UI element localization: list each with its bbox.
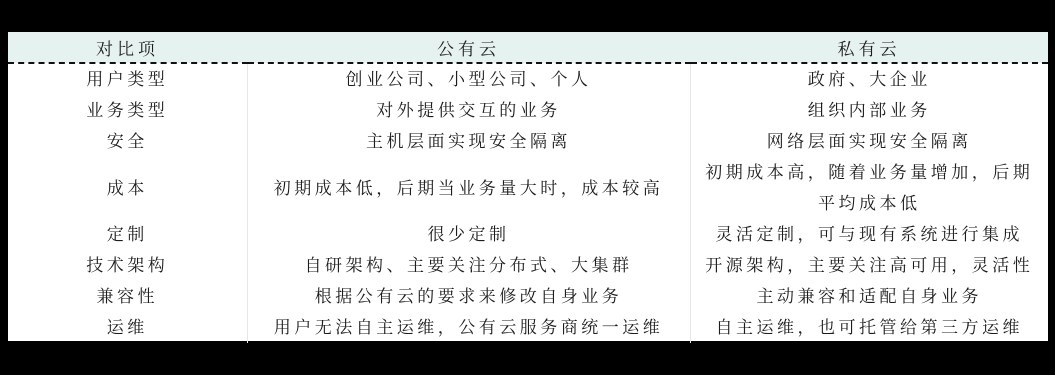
cell-public-user-type: 创业公司、小型公司、个人: [247, 63, 690, 95]
header-cell-public-cloud: 公有云: [247, 31, 690, 63]
table-row: 技术架构 自研架构、主要关注分布式、大集群 开源架构，主要关注高可用，灵活性: [8, 250, 1048, 281]
cell-private-user-type: 政府、大企业: [690, 63, 1048, 95]
row-label-compatibility: 兼容性: [8, 281, 247, 312]
cell-public-operations: 用户无法自主运维，公有云服务商统一运维: [247, 312, 690, 345]
comparison-table: 对比项 公有云 私有云 用户类型 创业公司、小型公司、个人 政府、大企业 业务类…: [8, 30, 1048, 341]
cell-public-business-type: 对外提供交互的业务: [247, 95, 690, 126]
table-row: 兼容性 根据公有云的要求来修改自身业务 主动兼容和适配自身业务: [8, 281, 1048, 312]
table-row: 定制 很少定制 灵活定制，可与现有系统进行集成: [8, 219, 1048, 250]
table-row: 安全 主机层面实现安全隔离 网络层面实现安全隔离: [8, 126, 1048, 157]
cell-private-operations: 自主运维，也可托管给第三方运维: [690, 312, 1048, 345]
table-row: 运维 用户无法自主运维，公有云服务商统一运维 自主运维，也可托管给第三方运维: [8, 312, 1048, 345]
table-header: 对比项 公有云 私有云: [8, 31, 1048, 63]
row-label-tech-architecture: 技术架构: [8, 250, 247, 281]
cell-private-tech-architecture: 开源架构，主要关注高可用，灵活性: [690, 250, 1048, 281]
header-cell-comparison-item: 对比项: [8, 31, 247, 63]
cell-public-tech-architecture: 自研架构、主要关注分布式、大集群: [247, 250, 690, 281]
row-label-security: 安全: [8, 126, 247, 157]
table-body: 用户类型 创业公司、小型公司、个人 政府、大企业 业务类型 对外提供交互的业务 …: [8, 63, 1048, 345]
cell-private-compatibility: 主动兼容和适配自身业务: [690, 281, 1048, 312]
page-background: 对比项 公有云 私有云 用户类型 创业公司、小型公司、个人 政府、大企业 业务类…: [0, 0, 1055, 375]
cell-private-security: 网络层面实现安全隔离: [690, 126, 1048, 157]
row-label-operations: 运维: [8, 312, 247, 345]
cell-private-business-type: 组织内部业务: [690, 95, 1048, 126]
cell-public-customization: 很少定制: [247, 219, 690, 250]
cell-public-security: 主机层面实现安全隔离: [247, 126, 690, 157]
row-label-customization: 定制: [8, 219, 247, 250]
row-label-user-type: 用户类型: [8, 63, 247, 95]
table-row: 用户类型 创业公司、小型公司、个人 政府、大企业: [8, 63, 1048, 95]
row-label-cost: 成本: [8, 157, 247, 219]
cell-public-compatibility: 根据公有云的要求来修改自身业务: [247, 281, 690, 312]
row-label-business-type: 业务类型: [8, 95, 247, 126]
table-row: 业务类型 对外提供交互的业务 组织内部业务: [8, 95, 1048, 126]
cloud-comparison-table: 对比项 公有云 私有云 用户类型 创业公司、小型公司、个人 政府、大企业 业务类…: [8, 30, 1048, 346]
header-cell-private-cloud: 私有云: [690, 31, 1048, 63]
cell-private-customization: 灵活定制，可与现有系统进行集成: [690, 219, 1048, 250]
header-row: 对比项 公有云 私有云: [8, 31, 1048, 63]
cell-private-cost: 初期成本高，随着业务量增加，后期平均成本低: [690, 157, 1048, 219]
table-row: 成本 初期成本低，后期当业务量大时，成本较高 初期成本高，随着业务量增加，后期平…: [8, 157, 1048, 219]
cell-public-cost: 初期成本低，后期当业务量大时，成本较高: [247, 157, 690, 219]
